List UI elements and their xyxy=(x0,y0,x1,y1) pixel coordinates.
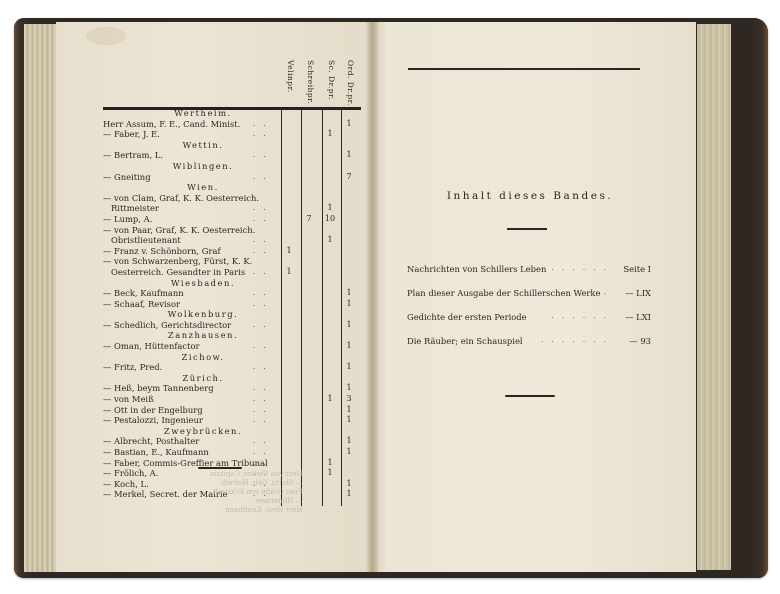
subscriber-name: — Frölich, A. xyxy=(103,468,158,479)
leader-dots: . . xyxy=(253,235,279,246)
city-heading: Zichow. xyxy=(103,352,361,363)
copy-count: 3 xyxy=(343,394,355,405)
subscriber-name: Oesterreich. Gesandter in Paris xyxy=(103,267,245,278)
copy-count: 10 xyxy=(324,214,336,225)
leader-dots: . . xyxy=(253,383,279,394)
toc-entry: Nachrichten von Schillers Leben . . . . … xyxy=(407,264,651,288)
leader-dots: . . xyxy=(253,203,279,214)
subscriber-row: — Schedlich, Gerichtsdirector. .1 xyxy=(103,320,361,331)
subscriber-row: Herr Assum, F. E., Cand. Minist.. .1 xyxy=(103,119,361,130)
leader-dots: . . . . . . xyxy=(552,312,609,320)
leader-dots: . . xyxy=(253,214,279,225)
subscriber-name: — Lump, A. xyxy=(103,214,152,225)
subscriber-name: — Oman, Hüttenfactor xyxy=(103,341,200,352)
leader-dots: . . xyxy=(253,415,279,426)
copy-count: 1 xyxy=(324,468,336,479)
toc-entry-title: Gedichte der ersten Periode xyxy=(407,312,527,322)
subscriber-row: — Bastian, E., Kaufmann. .1 xyxy=(103,447,361,458)
toc-entry: Die Räuber; ein Schauspiel . . . . . . .… xyxy=(407,336,651,360)
subscriber-name: Herr Assum, F. E., Cand. Minist. xyxy=(103,119,240,130)
leader-dots: . . xyxy=(253,129,279,140)
subscriber-row: — Albrecht, Posthalter. .1 xyxy=(103,436,361,447)
end-rule xyxy=(505,395,555,397)
subscriber-row: — Beck, Kaufmann. .1 xyxy=(103,288,361,299)
copy-count: 1 xyxy=(283,246,295,257)
title-separator xyxy=(507,228,547,230)
city-name: Zweybrücken. xyxy=(103,426,303,437)
city-heading: Wettin. xyxy=(103,140,361,151)
subscriber-name: — Schedlich, Gerichtsdirector xyxy=(103,320,231,331)
copy-count: 1 xyxy=(283,267,295,278)
subscriber-row: — Ott in der Engelburg. .1 xyxy=(103,405,361,416)
leader-dots: . . xyxy=(253,150,279,161)
copy-count: 1 xyxy=(343,150,355,161)
leader-dots: . . xyxy=(253,299,279,310)
subscriber-name: — Bastian, E., Kaufmann xyxy=(103,447,209,458)
subscriber-row: — Heß, beym Tannenberg. .1 xyxy=(103,383,361,394)
toc-entry: Plan dieser Ausgabe der Schillerschen We… xyxy=(407,288,651,312)
city-name: Wien. xyxy=(103,182,303,193)
column-header-orddrpr: Ord. Dr.pr. xyxy=(343,60,355,106)
subscriber-row: — von Paar, Graf, K. K. Oesterreich. xyxy=(103,225,361,236)
copy-count: 1 xyxy=(343,299,355,310)
subscriber-row: — Gneiting. .7 xyxy=(103,172,361,183)
copy-count: 1 xyxy=(343,341,355,352)
subscriber-name: — Faber, Commis-Greffier am Tribunal xyxy=(103,458,268,469)
city-heading: Zürich. xyxy=(103,373,361,384)
leader-dots: . . xyxy=(253,172,279,183)
subscriber-row: Obristlieutenant. .1 xyxy=(103,235,361,246)
subscriber-row: — Fritz, Pred.. .1 xyxy=(103,362,361,373)
copy-count: 7 xyxy=(303,214,315,225)
list-header: Velinpr. Schreibpr. Sc. Dr.pr. Ord. Dr.p… xyxy=(103,60,361,108)
leader-dots: . . xyxy=(253,320,279,331)
city-heading: Wien. xyxy=(103,182,361,193)
leader-dots: . xyxy=(604,288,609,296)
toc-entry-title: Plan dieser Ausgabe der Schillerschen We… xyxy=(407,288,600,298)
subscriber-row: — von Schwarzenberg, Fürst, K. K. xyxy=(103,256,361,267)
copy-count: 1 xyxy=(324,235,336,246)
leader-dots: . . xyxy=(253,362,279,373)
toc-entry-page: — LXI xyxy=(625,312,651,322)
copy-count: 1 xyxy=(324,129,336,140)
subscriber-row: — Bertram, L.. .1 xyxy=(103,150,361,161)
column-header-scdrpr: Sc. Dr.pr. xyxy=(324,60,336,106)
subscriber-name: — Fritz, Pred. xyxy=(103,362,162,373)
top-rule xyxy=(408,68,640,70)
city-name: Wiblingen. xyxy=(103,161,303,172)
subscriber-row: — Franz v. Schönborn, Graf. .1 xyxy=(103,246,361,257)
subscriber-name: — Schaaf, Revisor xyxy=(103,299,180,310)
subscriber-row: Rittmeister. .1 xyxy=(103,203,361,214)
copy-count: 1 xyxy=(343,479,355,490)
subscriber-name: — Ott in der Engelburg xyxy=(103,405,203,416)
copy-count: 1 xyxy=(324,394,336,405)
subscriber-name: — von Meiß xyxy=(103,394,154,405)
subscriber-name: — Pestalozzi, Ingenieur xyxy=(103,415,203,426)
leader-dots: . . xyxy=(253,288,279,299)
page-edges-right xyxy=(697,24,731,570)
subscriber-name: — von Clam, Graf, K. K. Oesterreich. xyxy=(103,193,259,204)
city-name: Wertheim. xyxy=(103,108,303,119)
copy-count: 1 xyxy=(324,203,336,214)
copy-count: 1 xyxy=(343,362,355,373)
subscriber-row: Oesterreich. Gesandter in Paris. .1 xyxy=(103,267,361,278)
subscriber-name: Rittmeister xyxy=(103,203,159,214)
book-gutter xyxy=(366,22,378,572)
subscriber-name: — Heß, beym Tannenberg xyxy=(103,383,214,394)
leader-dots: . . . . . . xyxy=(552,264,609,272)
subscriber-name: Obristlieutenant xyxy=(103,235,181,246)
city-heading: Wertheim. xyxy=(103,108,361,119)
copy-count: 1 xyxy=(343,447,355,458)
city-name: Wolkenburg. xyxy=(103,309,303,320)
leader-dots: . . xyxy=(253,246,279,257)
subscriber-name: — Albrecht, Posthalter xyxy=(103,436,199,447)
copy-count: 1 xyxy=(343,320,355,331)
leader-dots: . . xyxy=(253,458,279,469)
toc-entry-page: — 93 xyxy=(629,336,651,346)
leader-dots: . . xyxy=(253,341,279,352)
subscriber-name: — Bertram, L. xyxy=(103,150,163,161)
copy-count: 1 xyxy=(343,288,355,299)
copy-count: 1 xyxy=(343,119,355,130)
toc-entry-title: Die Räuber; ein Schauspiel xyxy=(407,336,523,346)
subscriber-list: Velinpr. Schreibpr. Sc. Dr.pr. Ord. Dr.p… xyxy=(103,60,361,500)
subscriber-row: — Faber, J. E.. .1 xyxy=(103,129,361,140)
subscriber-name: — Gneiting xyxy=(103,172,151,183)
toc-entry-page: — LIX xyxy=(625,288,651,298)
city-heading: Wiesbaden. xyxy=(103,278,361,289)
leader-dots: . . xyxy=(253,447,279,458)
city-name: Zichow. xyxy=(103,352,303,363)
leader-dots: . . . . . . . xyxy=(541,336,609,344)
subscriber-row: — Schaaf, Revisor. .1 xyxy=(103,299,361,310)
copy-count: 1 xyxy=(343,415,355,426)
copy-count: 1 xyxy=(324,458,336,469)
toc-title: Inhalt dieses Bandes. xyxy=(400,190,660,202)
subscriber-row: — Pestalozzi, Ingenieur. .1 xyxy=(103,415,361,426)
subscriber-name: — von Paar, Graf, K. K. Oesterreich. xyxy=(103,225,255,236)
city-heading: Zanzhausen. xyxy=(103,330,361,341)
copy-count: 1 xyxy=(343,436,355,447)
subscriber-row: — Lump, A.. .710 xyxy=(103,214,361,225)
leader-dots: . . xyxy=(253,267,279,278)
subscriber-name: — Beck, Kaufmann xyxy=(103,288,184,299)
toc-entry-title: Nachrichten von Schillers Leben xyxy=(407,264,546,274)
city-name: Zürich. xyxy=(103,373,303,384)
subscriber-name: — Franz v. Schönborn, Graf xyxy=(103,246,221,257)
leader-dots: . . xyxy=(253,394,279,405)
page-edges-left xyxy=(24,24,58,572)
bleed-through-text: Herr von Stetter, Capitain— Stortz, Geh.… xyxy=(210,470,303,515)
leader-dots: . . xyxy=(253,119,279,130)
end-rule xyxy=(198,467,242,469)
subscriber-name: — Faber, J. E. xyxy=(103,129,160,140)
copy-count: 1 xyxy=(343,489,355,500)
city-name: Zanzhausen. xyxy=(103,330,303,341)
leader-dots: . . xyxy=(253,405,279,416)
copy-count: 1 xyxy=(343,383,355,394)
subscriber-name: — Koch, L. xyxy=(103,479,149,490)
list-rows: Wertheim.Herr Assum, F. E., Cand. Minist… xyxy=(103,108,361,500)
subscriber-row: — von Clam, Graf, K. K. Oesterreich. xyxy=(103,193,361,204)
city-name: Wettin. xyxy=(103,140,303,151)
subscriber-name: — von Schwarzenberg, Fürst, K. K. xyxy=(103,256,252,267)
column-header-schreibpr: Schreibpr. xyxy=(303,60,315,106)
table-of-contents: Nachrichten von Schillers Leben . . . . … xyxy=(407,264,651,360)
city-name: Wiesbaden. xyxy=(103,278,303,289)
city-heading: Zweybrücken. xyxy=(103,426,361,437)
city-heading: Wiblingen. xyxy=(103,161,361,172)
copy-count: 7 xyxy=(343,172,355,183)
subscriber-row: — von Meiß. .13 xyxy=(103,394,361,405)
column-header-velinpr: Velinpr. xyxy=(283,60,295,106)
toc-entry: Gedichte der ersten Periode . . . . . . … xyxy=(407,312,651,336)
subscriber-row: — Oman, Hüttenfactor. .1 xyxy=(103,341,361,352)
toc-entry-page: Seite I xyxy=(623,264,651,274)
leader-dots: . . xyxy=(253,436,279,447)
copy-count: 1 xyxy=(343,405,355,416)
subscriber-name: — Merkel, Secret. der Mairie xyxy=(103,489,228,500)
city-heading: Wolkenburg. xyxy=(103,309,361,320)
